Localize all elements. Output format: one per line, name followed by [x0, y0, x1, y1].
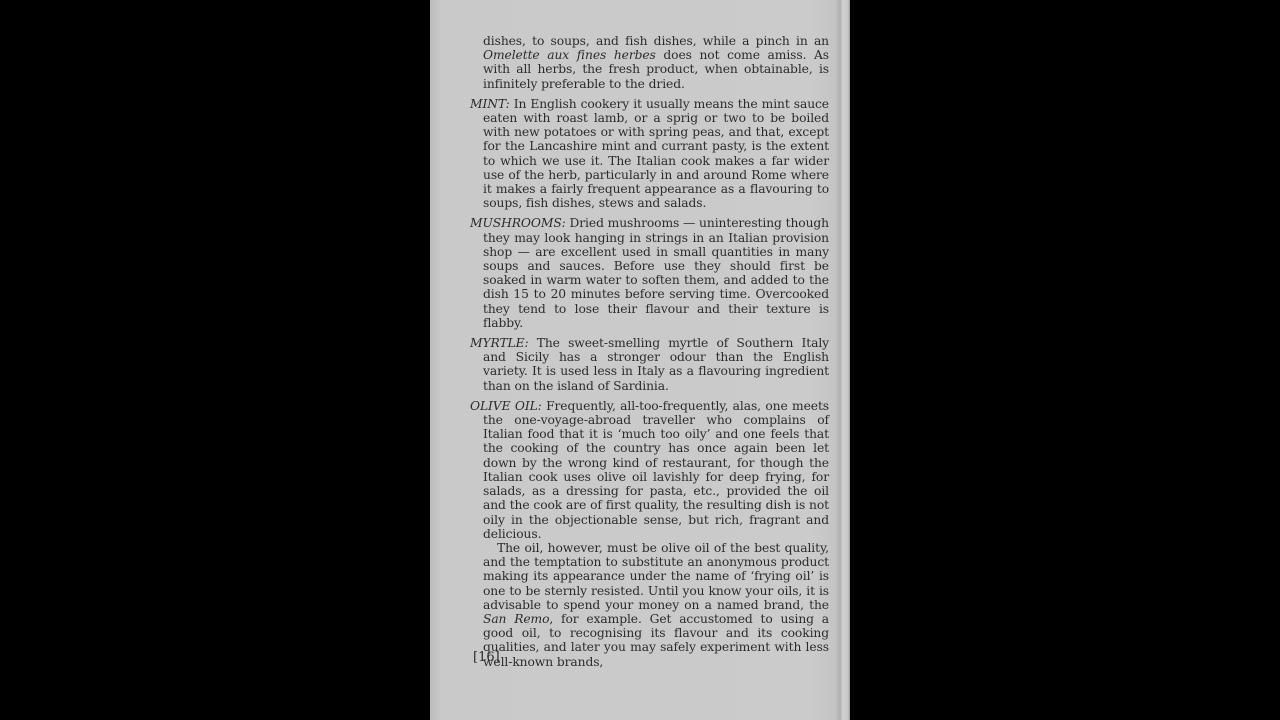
entry-term: OLIVE OIL: [470, 399, 542, 413]
entry-mushrooms: MUSHROOMS: Dried mushrooms — uninteresti… [483, 216, 829, 330]
entry-term: MINT: [470, 97, 510, 111]
para-italic: San Remo [483, 612, 549, 626]
page-number: [16] [473, 650, 500, 665]
entry-mint: MINT: In English cookery it usually mean… [483, 97, 829, 211]
continuation-paragraph: dishes, to soups, and fish dishes, while… [483, 34, 829, 91]
entry-term: MUSHROOMS: [470, 216, 566, 230]
entry-myrtle: MYRTLE: The sweet-smelling myrtle of Sou… [483, 336, 829, 393]
continuation-text: dishes, to soups, and fish dishes, while… [483, 34, 829, 48]
para-text: The oil, however, must be olive oil of t… [483, 541, 829, 612]
olive-oil-paragraph-2: The oil, however, must be olive oil of t… [483, 541, 829, 669]
entry-term: MYRTLE: [470, 336, 529, 350]
entry-body: Frequently, all-too-frequently, alas, on… [483, 399, 829, 541]
entry-olive-oil: OLIVE OIL: Frequently, all-too-frequentl… [483, 399, 829, 541]
continuation-italic: Omelette aux fines herbes [483, 48, 656, 62]
entry-body: The sweet-smelling myrtle of Southern It… [483, 336, 829, 393]
entry-body: In English cookery it usually means the … [483, 97, 829, 210]
entry-body: Dried mushrooms — uninteresting though t… [483, 216, 829, 329]
page-text: dishes, to soups, and fish dishes, while… [483, 34, 829, 669]
book-page: dishes, to soups, and fish dishes, while… [430, 0, 850, 720]
